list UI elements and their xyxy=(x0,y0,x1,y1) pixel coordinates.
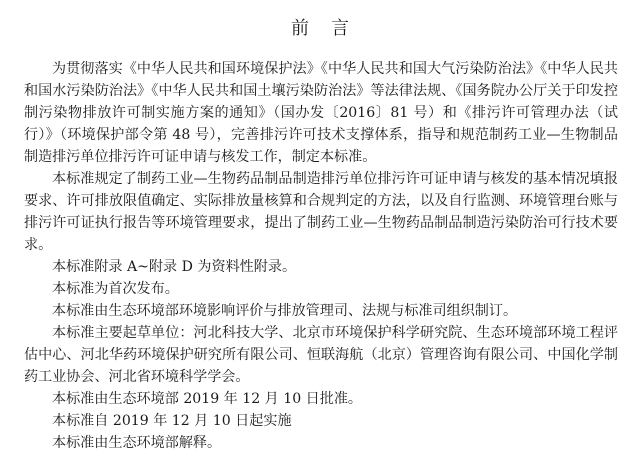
paragraph-scope: 本标准规定了制药工业—生物药品制品制造排污单位排污许可证申请与核发的基本情况填报… xyxy=(24,168,618,256)
paragraph-drafting-units: 本标准主要起草单位：河北科技大学、北京市环境保护科学研究院、生态环境部环境工程评… xyxy=(24,322,618,388)
paragraph-organizer: 本标准由生态环境部环境影响评价与排放管理司、法规与标准司组织制订。 xyxy=(24,300,618,322)
paragraph-appendix: 本标准附录 A~附录 D 为资料性附录。 xyxy=(24,256,618,278)
paragraph-purpose: 为贯彻落实《中华人民共和国环境保护法》《中华人民共和国大气污染防治法》《中华人民… xyxy=(24,58,618,168)
paragraph-interpretation: 本标准由生态环境部解释。 xyxy=(24,432,618,452)
paragraph-approval: 本标准由生态环境部 2019 年 12 月 10 日批准。 xyxy=(24,388,618,410)
paragraph-first-release: 本标准为首次发布。 xyxy=(24,278,618,300)
page-title: 前言 xyxy=(0,17,640,41)
foreword-body: 为贯彻落实《中华人民共和国环境保护法》《中华人民共和国大气污染防治法》《中华人民… xyxy=(24,58,618,452)
paragraph-effective-date: 本标准自 2019 年 12 月 10 日起实施 xyxy=(24,410,618,432)
